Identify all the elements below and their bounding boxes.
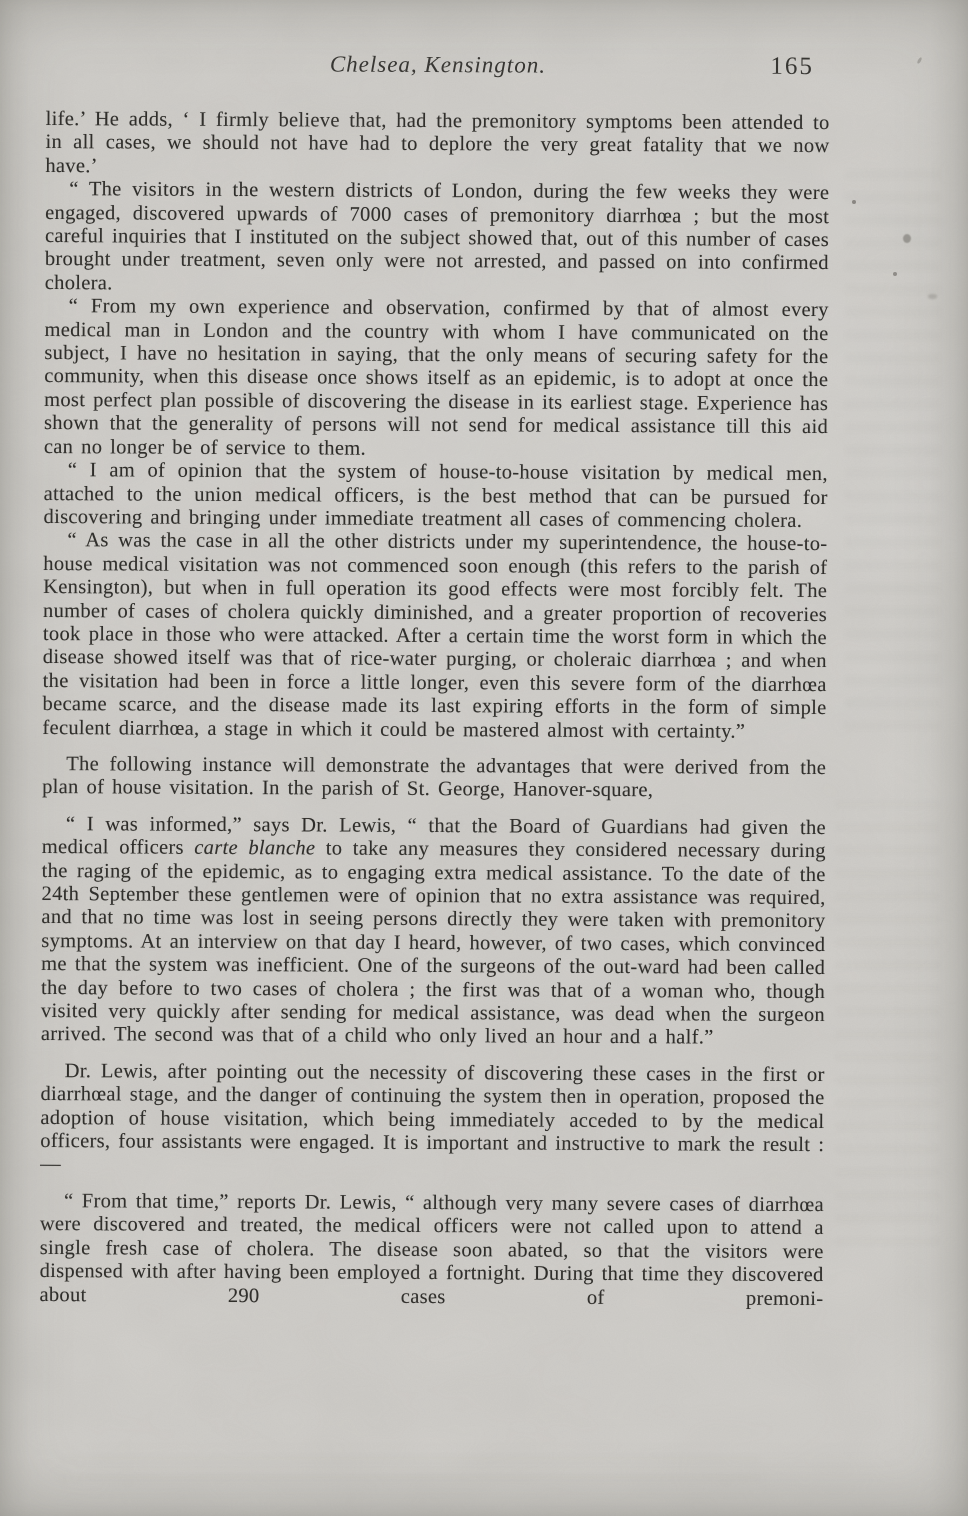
show-through-smudge [60,1455,760,1495]
paragraph: “ I was informed,” says Dr. Lewis, “ tha… [41,813,826,1051]
scan-speck [916,57,922,65]
paragraph: Dr. Lewis, after pointing out the necess… [40,1060,825,1181]
page-number: 165 [770,53,814,81]
paragraph: “ I am of opinion that the system of hou… [43,459,827,533]
paragraph: “ From that time,” reports Dr. Lewis, “ … [39,1190,824,1311]
scan-speck [928,294,937,299]
scan-speck [903,234,911,243]
italic-phrase: carte blanche [194,837,315,860]
paragraph: “ As was the case in all the other distr… [42,529,827,744]
paragraph-text: to take any measures they considered nec… [41,838,826,1049]
scan-speck [852,200,856,204]
scan-speck [893,272,897,276]
paragraph: “ The visitors in the western districts … [45,178,830,299]
paragraph: The following instance will demonstrate … [42,753,826,804]
paragraph: “ From my own experience and observation… [44,295,829,463]
page-header: Chelsea, Kensington. 165 [46,50,830,90]
paragraph: life.’ He adds, ‘ I firmly believe that,… [45,108,829,182]
scanned-book-page: Chelsea, Kensington. 165 life.’ He adds,… [0,0,968,1516]
page-content: Chelsea, Kensington. 165 life.’ He adds,… [39,50,830,1311]
show-through-smudge [845,170,940,730]
show-through-smudge [835,800,940,1260]
body-text: life.’ He adds, ‘ I firmly believe that,… [39,108,829,1311]
running-head: Chelsea, Kensington. [330,51,546,78]
